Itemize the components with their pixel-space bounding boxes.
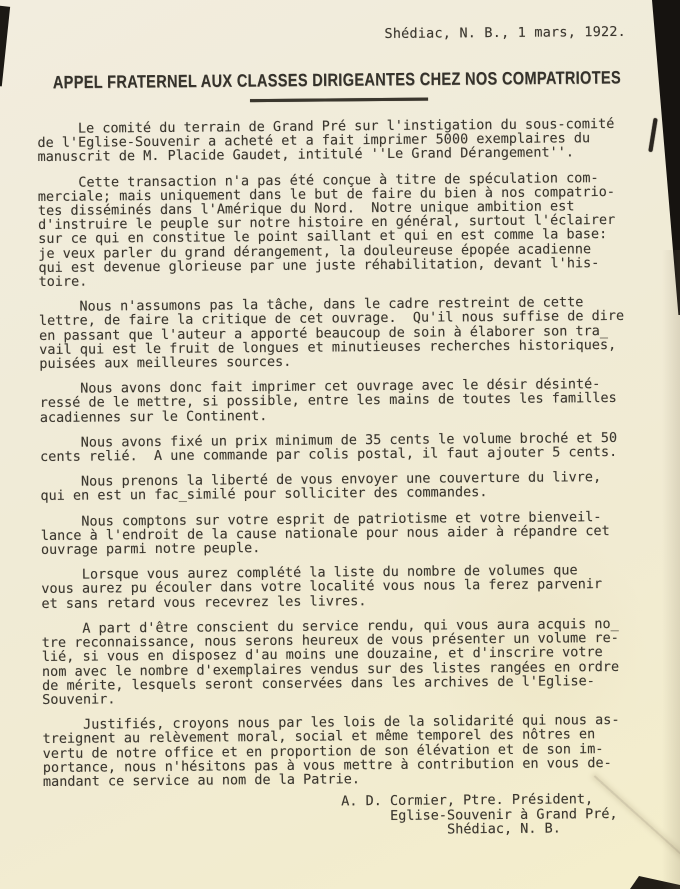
- title-underline: [250, 98, 428, 103]
- document-title: APPEL FRATERNEL AUX CLASSES DIRIGEANTES …: [38, 68, 637, 94]
- page-content: Shédiac, N. B., 1 mars, 1922. APPEL FRAT…: [0, 0, 680, 889]
- paragraph: Nous n'assumons pas la tâche, dans le ca…: [39, 295, 652, 371]
- scanned-letter-page: Shédiac, N. B., 1 mars, 1922. APPEL FRAT…: [0, 0, 680, 889]
- paragraph: A part d'être conscient du service rendu…: [42, 617, 655, 708]
- letter-body: Le comité du terrain de Grand Pré sur l'…: [37, 117, 655, 800]
- signature-block: A. D. Cormier, Ptre. Président, Eglise-S…: [341, 792, 618, 838]
- paragraph: Nous avons fixé un prix minimum de 35 ce…: [40, 431, 652, 465]
- paragraph: Nous prenons la liberté de vous envoyer …: [40, 470, 652, 504]
- paragraph: Nous avons donc fait imprimer cet ouvrag…: [39, 377, 651, 425]
- paragraph: Lorsque vous aurez complété la liste du …: [41, 563, 653, 611]
- dateline: Shédiac, N. B., 1 mars, 1922.: [384, 24, 626, 42]
- paragraph: Nous comptons sur votre esprit de patrio…: [41, 509, 653, 557]
- paragraph: Le comité du terrain de Grand Pré sur l'…: [37, 117, 649, 165]
- paragraph: Justifiés, croyons nous par les lois de …: [42, 713, 655, 789]
- right-edge-shading: [662, 250, 680, 889]
- paragraph: Cette transaction n'a pas été conçue à t…: [38, 170, 651, 289]
